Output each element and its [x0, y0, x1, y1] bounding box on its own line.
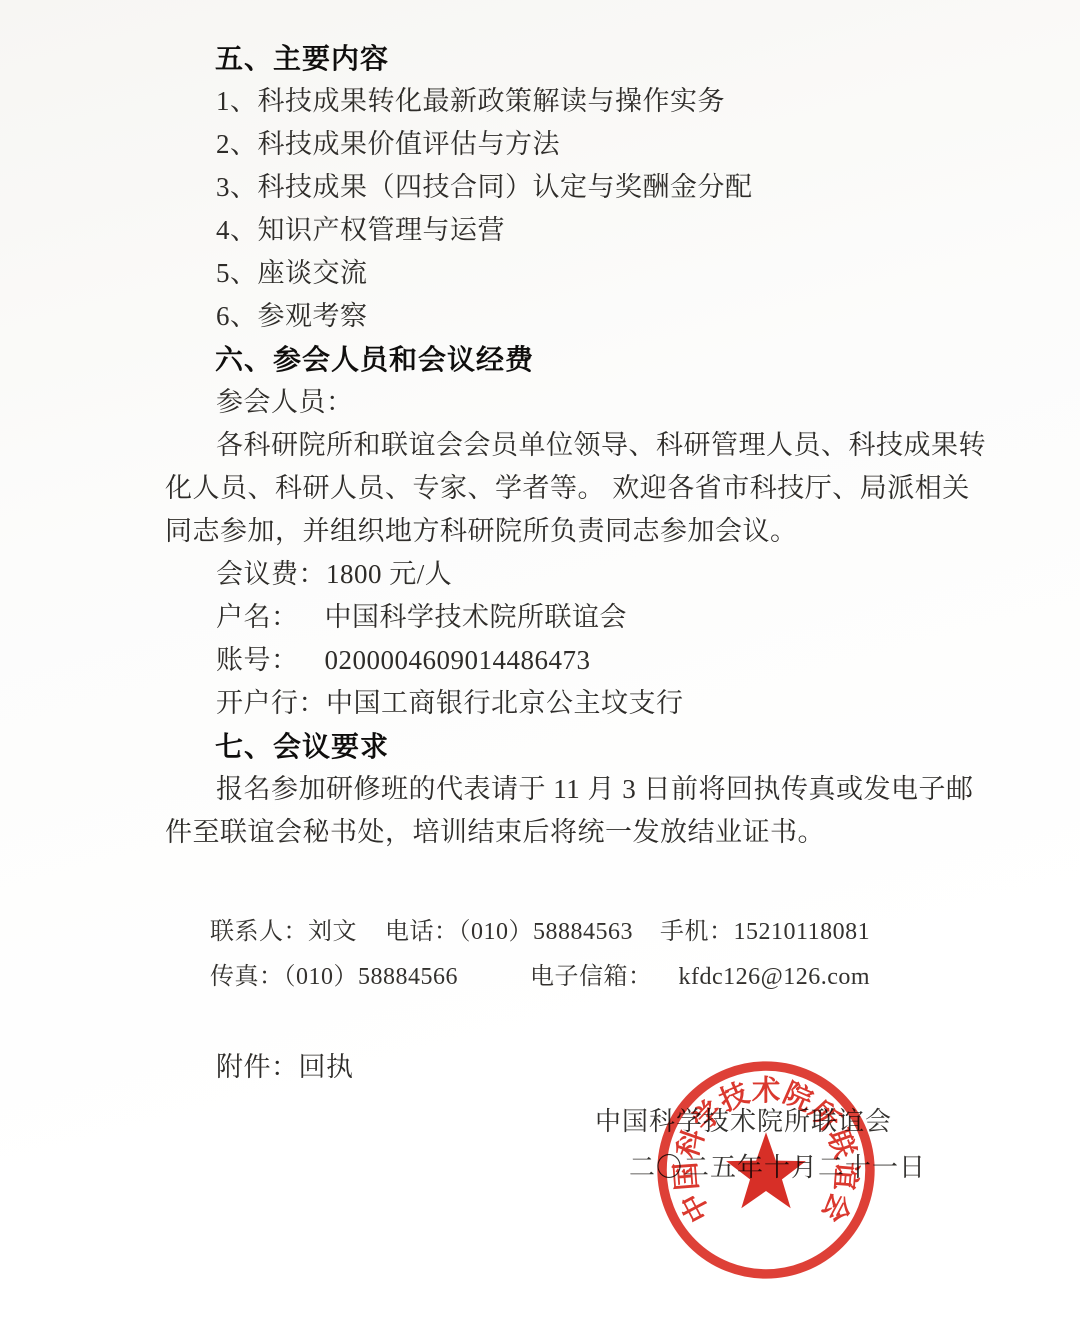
official-seal: 中国科学技术院所联谊会 [640, 1044, 892, 1296]
contact-fax: 传真：（010）58884566 [210, 955, 530, 1000]
seal-graphic: 中国科学技术院所联谊会 [640, 1044, 892, 1296]
bank-row: 开户行：中国工商银行北京公主坟支行 [165, 682, 933, 725]
svg-text:中: 中 [675, 1187, 717, 1227]
contact-line-1: 联系人：刘文电话：（010）58884563手机：15210118081 [165, 910, 933, 955]
account-name-label: 户名： [216, 602, 299, 632]
section5-item-4: 4、知识产权管理与运营 [165, 209, 933, 252]
contact-mobile-label: 手机： [660, 919, 734, 945]
account-name-value: 中国科学技术院所联谊会 [325, 602, 628, 632]
fee-value: 1800 元/人 [326, 559, 452, 589]
section6-heading: 六、参会人员和会议经费 [165, 338, 933, 381]
section7-para-line2: 件至联谊会秘书处，培训结束后将统一发放结业证书。 [165, 811, 933, 854]
fee-label: 会议费： [216, 559, 326, 589]
attendees-label: 参会人员： [165, 381, 933, 424]
contact-phone-label: 电话： [385, 919, 459, 945]
section5-item-2: 2、科技成果价值评估与方法 [165, 123, 933, 166]
account-no-row: 账号：0200004609014486473 [165, 639, 933, 682]
attendees-para-line1: 各科研院所和联谊会会员单位领导、科研管理人员、科技成果转 [165, 424, 933, 467]
bank-value: 中国工商银行北京公主坟支行 [326, 688, 684, 718]
section7-para-line1: 报名参加研修班的代表请于 11 月 3 日前将回执传真或发电子邮 [165, 768, 933, 811]
contact-phone: 电话：（010）58884563 [385, 910, 660, 955]
svg-text:术: 术 [751, 1075, 781, 1107]
fee-row: 会议费：1800 元/人 [165, 553, 933, 596]
contact-email: 电子信箱：kfdc126@126.com [530, 955, 870, 1000]
section5-item-6: 6、参观考察 [165, 295, 933, 338]
attendees-para-line2: 化人员、科研人员、专家、学者等。 欢迎各省市科技厅、局派相关 [165, 467, 933, 510]
contact-email-label: 电子信箱： [530, 964, 653, 990]
contact-phone-value: （010）58884563 [459, 919, 634, 945]
contact-email-value: kfdc126@126.com [679, 964, 871, 990]
section5-heading: 五、主要内容 [165, 37, 933, 80]
attachment-label: 附件： [216, 1052, 299, 1082]
section5-item-1: 1、科技成果转化最新政策解读与操作实务 [165, 80, 933, 123]
attendees-para-line3: 同志参加，并组织地方科研院所负责同志参加会议。 [165, 510, 933, 553]
section5-item-5: 5、座谈交流 [165, 252, 933, 295]
svg-text:谊: 谊 [828, 1161, 862, 1192]
contact-fax-value: （010）58884566 [284, 964, 459, 990]
account-name-row: 户名：中国科学技术院所联谊会 [165, 596, 933, 639]
account-no-value: 0200004609014486473 [325, 645, 591, 675]
svg-text:国: 国 [670, 1161, 704, 1192]
section7-heading: 七、会议要求 [165, 725, 933, 768]
contact-line-2: 传真：（010）58884566电子信箱：kfdc126@126.com [165, 955, 933, 1000]
svg-text:会: 会 [815, 1187, 857, 1227]
seal-star-icon [726, 1132, 806, 1208]
document-body: 五、主要内容 1、科技成果转化最新政策解读与操作实务 2、科技成果价值评估与方法… [165, 37, 933, 1191]
contact-person-value: 刘文 [308, 919, 357, 945]
contact-person-label: 联系人： [210, 919, 308, 945]
attachment-value: 回执 [299, 1052, 354, 1082]
section5-item-3: 3、科技成果（四技合同）认定与奖酬金分配 [165, 166, 933, 209]
contact-block: 联系人：刘文电话：（010）58884563手机：15210118081 传真：… [165, 910, 933, 1000]
contact-person: 联系人：刘文 [210, 910, 385, 955]
contact-fax-label: 传真： [210, 964, 284, 990]
account-no-label: 账号： [216, 645, 299, 675]
contact-mobile: 手机：15210118081 [660, 910, 870, 955]
document-page: 五、主要内容 1、科技成果转化最新政策解读与操作实务 2、科技成果价值评估与方法… [0, 0, 1080, 1331]
contact-mobile-value: 15210118081 [734, 919, 871, 945]
bank-label: 开户行： [216, 688, 326, 718]
